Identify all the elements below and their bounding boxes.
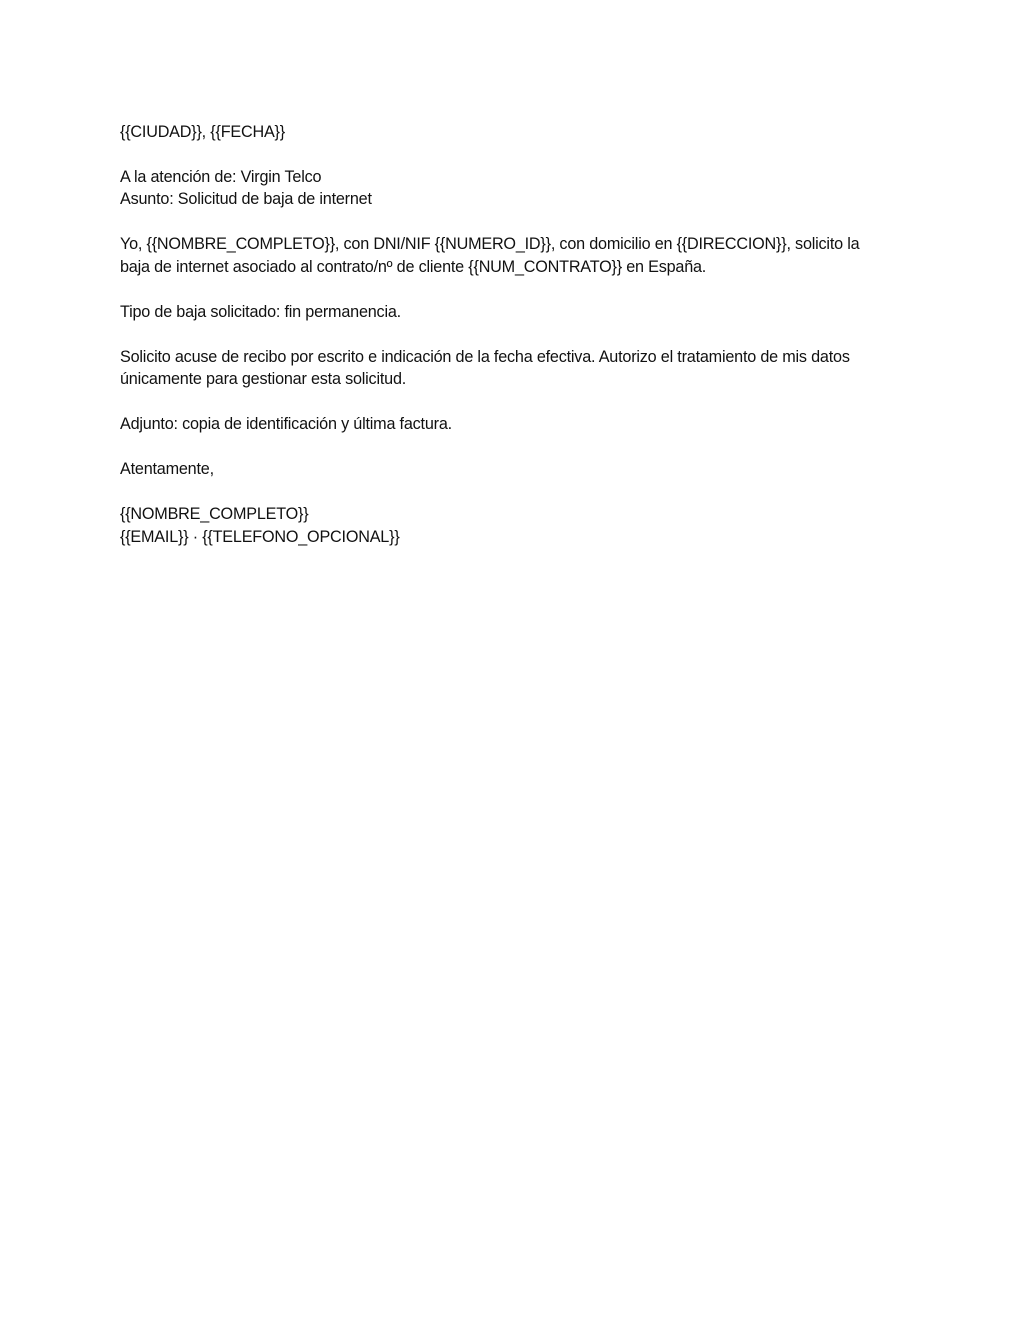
header-paragraph: A la atención de: Virgin Telco Asunto: S… [120, 166, 910, 211]
closing-line: Atentamente, [120, 458, 910, 480]
signature-contact: {{EMAIL}} · {{TELEFONO_OPCIONAL}} [120, 526, 910, 548]
place-date-paragraph: {{CIUDAD}}, {{FECHA}} [120, 121, 910, 143]
signature-name: {{NOMBRE_COMPLETO}} [120, 503, 910, 525]
request-line-2: baja de internet asociado al contrato/nº… [120, 256, 910, 278]
attachments-line: Adjunto: copia de identificación y últim… [120, 413, 910, 435]
acknowledgement-line-2: únicamente para gestionar esta solicitud… [120, 368, 910, 390]
letter-document: {{CIUDAD}}, {{FECHA}} A la atención de: … [120, 121, 910, 571]
cancellation-type: Tipo de baja solicitado: fin permanencia… [120, 301, 910, 323]
request-paragraph: Yo, {{NOMBRE_COMPLETO}}, con DNI/NIF {{N… [120, 233, 910, 278]
cancellation-type-paragraph: Tipo de baja solicitado: fin permanencia… [120, 301, 910, 323]
subject-line: Asunto: Solicitud de baja de internet [120, 188, 910, 210]
signature-block: {{NOMBRE_COMPLETO}} {{EMAIL}} · {{TELEFO… [120, 503, 910, 548]
closing-paragraph: Atentamente, [120, 458, 910, 480]
request-line-1: Yo, {{NOMBRE_COMPLETO}}, con DNI/NIF {{N… [120, 233, 910, 255]
place-date: {{CIUDAD}}, {{FECHA}} [120, 121, 910, 143]
acknowledgement-paragraph: Solicito acuse de recibo por escrito e i… [120, 346, 910, 391]
acknowledgement-line-1: Solicito acuse de recibo por escrito e i… [120, 346, 910, 368]
attachments-paragraph: Adjunto: copia de identificación y últim… [120, 413, 910, 435]
recipient-line: A la atención de: Virgin Telco [120, 166, 910, 188]
